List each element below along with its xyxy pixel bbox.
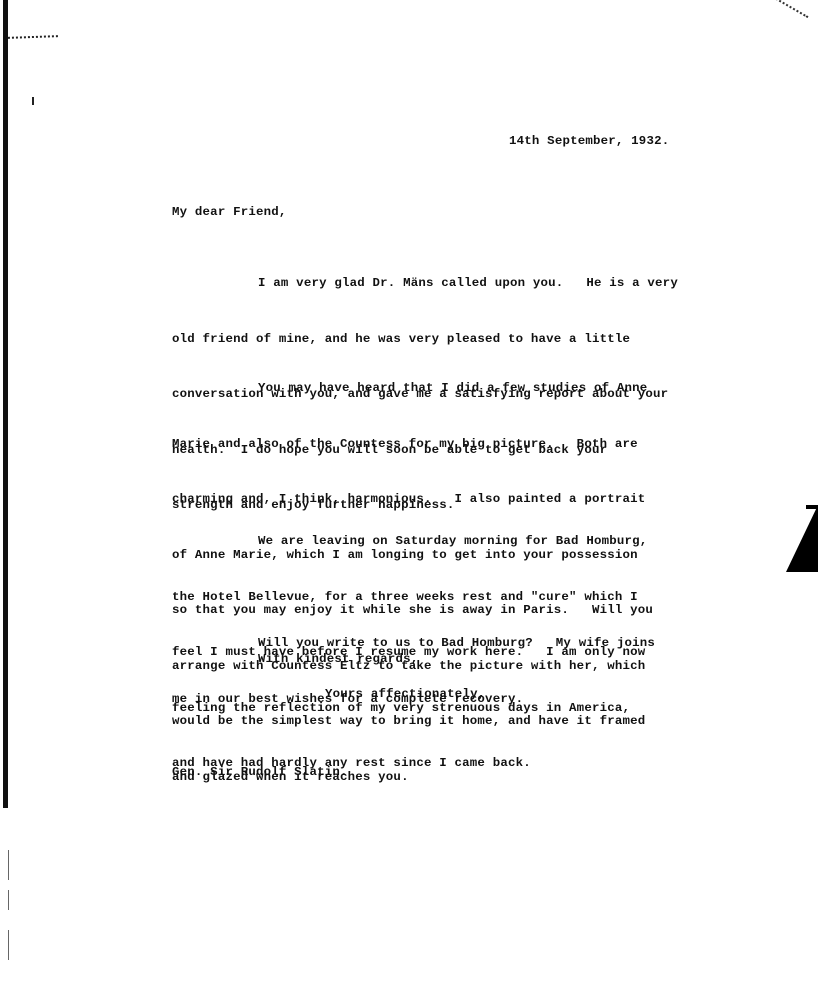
scan-edge-mark — [8, 930, 9, 960]
letter-date: 14th September, 1932. — [509, 134, 669, 148]
scan-artifact-wedge — [806, 505, 818, 509]
recipient: Gen. Sir Rudolf Slatin. — [172, 765, 348, 779]
paragraph-line: You may have heard that I did a few stud… — [172, 379, 653, 398]
paragraph-line: Marie and also of the Countess for my bi… — [172, 435, 653, 454]
scan-artifact — [772, 0, 809, 20]
scan-artifact-wedge — [786, 505, 818, 572]
scan-edge-mark — [8, 850, 9, 880]
scan-artifact — [32, 97, 34, 105]
paragraph-line: I am very glad Dr. Mäns called upon you.… — [172, 274, 678, 293]
letter-page: 14th September, 1932. My dear Friend, I … — [0, 0, 818, 1000]
scan-edge-mark — [8, 890, 9, 910]
scan-edge-shadow — [3, 0, 8, 808]
salutation: My dear Friend, — [172, 205, 287, 219]
closing: With kindest regards, — [258, 652, 418, 666]
paragraph-4: Will you write to us to Bad Homburg? My … — [172, 597, 655, 745]
signoff: Yours affectionately, — [325, 687, 485, 701]
scan-artifact — [8, 35, 58, 43]
paragraph-line: Will you write to us to Bad Homburg? My … — [172, 634, 655, 653]
paragraph-line: We are leaving on Saturday morning for B… — [172, 532, 647, 551]
